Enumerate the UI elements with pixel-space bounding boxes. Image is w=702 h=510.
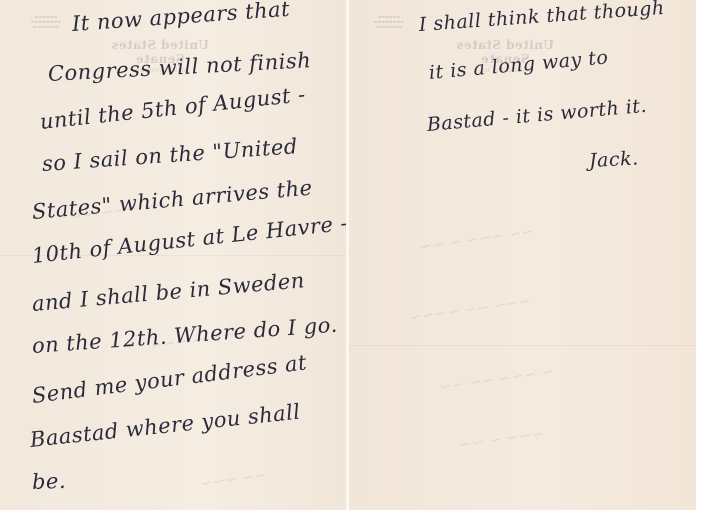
scan-edge	[696, 0, 702, 510]
handwritten-line: It now appears that	[71, 0, 291, 36]
handwritten-line: Baastad where you shall	[29, 400, 302, 452]
reverse-bleedthrough-text: ~~~ ~ ~~	[458, 424, 545, 454]
letter-page-right: ▬▬▬▬▬▬▬▬▬▬▬▬▬▬▬▬▬▬▬▬▬ United States Sena…	[349, 0, 696, 510]
letter-page-left: ▬▬▬▬▬▬▬▬▬▬▬▬▬▬▬▬▬▬▬▬▬ United States Sena…	[0, 0, 346, 510]
handwritten-line: and I shall be in Sweden	[31, 268, 306, 316]
handwritten-line: so I sail on the "United	[41, 134, 298, 176]
handwritten-line: I shall think that though	[418, 0, 665, 36]
paper-fold-line	[349, 345, 696, 346]
reverse-bleedthrough-text: ~~ ~~~ ~ ~~	[418, 222, 534, 256]
signature: Jack.	[588, 147, 639, 172]
handwritten-line: States" which arrives the	[31, 176, 313, 224]
handwritten-line: Send me your address at	[31, 350, 309, 408]
letterhead-corner-block: ▬▬▬▬▬▬▬▬▬▬▬▬▬▬▬▬▬▬▬▬▬	[361, 14, 417, 29]
reverse-bleedthrough-text: ~ ~~~ ~~ ~~	[438, 362, 554, 396]
handwritten-line: be.	[32, 469, 67, 494]
reverse-bleedthrough-text: ~~~ ~~ ~~~~	[408, 292, 532, 327]
handwritten-line: Bastad - it is worth it.	[426, 95, 648, 136]
letterhead-corner-block: ▬▬▬▬▬▬▬▬▬▬▬▬▬▬▬▬▬▬▬▬▬	[18, 14, 74, 29]
reverse-bleedthrough-text: ~~ ~~~	[199, 465, 268, 492]
handwritten-line: until the 5th of August -	[39, 82, 307, 134]
